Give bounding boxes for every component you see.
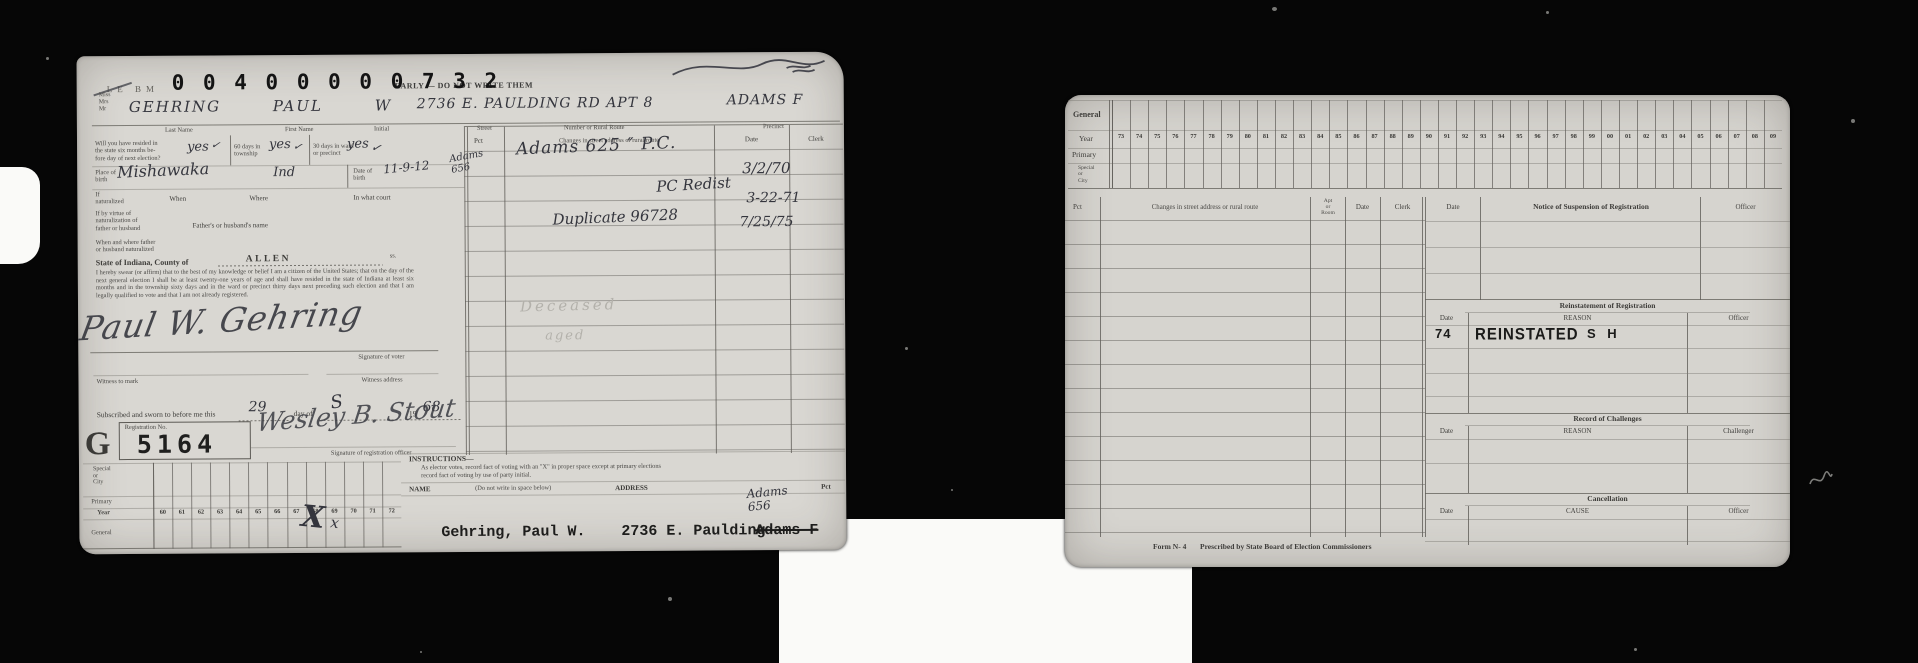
typed-street: 2736 E. Paulding [621, 522, 765, 540]
year-cell: 97 [1547, 132, 1565, 148]
reinstatement-section: Reinstatement of Registration Date REASO… [1425, 300, 1790, 413]
residency-answer-state: yes [187, 141, 209, 155]
voter-registration-card-back: General Year Primary Special or City 737… [1065, 95, 1790, 567]
challenges-reason-header: REASON [1468, 427, 1687, 435]
year-cell: 77 [1184, 132, 1202, 148]
initial-value: W [375, 98, 391, 114]
year-cell: 89 [1402, 132, 1420, 148]
year-cell: 91 [1438, 132, 1456, 148]
pct-column-label: Pct [821, 483, 831, 491]
year-cell: 75 [1148, 132, 1166, 148]
reinstatement-officer-header: Officer [1687, 314, 1790, 322]
instructions-title: INSTRUCTIONS— [409, 455, 474, 464]
name-column-label: NAME [409, 485, 430, 493]
voting-record-grid: Special or City Primary Year General 606… [83, 461, 402, 549]
registration-officer-signature: Wesley B. Stout [255, 395, 457, 437]
voting-record-grid-back: General Year Primary Special or City 737… [1068, 100, 1782, 188]
year-cell: 87 [1366, 132, 1384, 148]
year-cell: 74 [1130, 132, 1148, 148]
year-cell: 85 [1329, 132, 1347, 148]
year-cell: 04 [1673, 132, 1691, 148]
reinstatement-reason-header: REASON [1468, 314, 1687, 322]
year-cell: 99 [1583, 132, 1601, 148]
naturalized-court-label: In what court [353, 193, 390, 201]
grid-cell [172, 463, 192, 549]
typed-precinct-struck: Adams F [755, 522, 818, 539]
dust-squiggle [1808, 468, 1834, 490]
do-not-write-note: (Do not write in space below) [475, 484, 551, 492]
cancellation-cause-header: CAUSE [1468, 507, 1687, 515]
changes-pct-header: Pct [474, 137, 483, 145]
aged-faint-note: aged [545, 329, 585, 343]
ink-scribble-mark [666, 54, 831, 83]
county-value: ALLEN [246, 254, 291, 265]
grid-cell [344, 462, 364, 548]
grid-cell [210, 462, 230, 548]
title-prefix-labels: Miss Mrs Mr [99, 92, 111, 113]
naturalized-where-label: Where [249, 194, 268, 202]
grid-row-special-label: Special or City [1078, 165, 1094, 184]
changes-clerk-header: Clerk [789, 135, 843, 143]
residency-question-state: Will you have resided in the state six m… [95, 140, 160, 163]
street-value: 2736 E. PAULDING RD APT 8 [417, 96, 654, 112]
if-naturalized-label: If naturalized [95, 191, 123, 206]
year-cell: 96 [1528, 132, 1546, 148]
date-of-birth-label: Date of birth [353, 168, 372, 183]
year-cell: 03 [1655, 132, 1673, 148]
when-where-naturalized-label: When and where father or husband natural… [96, 239, 156, 254]
ss-label: ss. [390, 252, 397, 259]
change-date-1: 3/2/70 [742, 161, 790, 177]
grid-cell [382, 461, 402, 547]
year-cell: 79 [1221, 132, 1239, 148]
typed-name: Gehring, Paul W. [441, 523, 585, 541]
year-cell: 71 [363, 506, 382, 517]
place-of-birth-label: Place of birth [95, 169, 116, 184]
year-cell: 84 [1311, 132, 1329, 148]
change-entry-2: PC Redist [656, 175, 731, 195]
reinstatement-title: Reinstatement of Registration [1465, 302, 1750, 311]
first-name-value: PAUL [273, 99, 323, 115]
year-cell: 86 [1347, 132, 1365, 148]
year-cell: 62 [191, 508, 210, 519]
film-edge-blob [0, 167, 40, 264]
reinstated-stamp-date: 74 [1435, 327, 1451, 342]
year-cell: 07 [1728, 132, 1746, 148]
reinstated-stamp: REINSTATED [1475, 325, 1579, 344]
residency-question-township: 60 days in township [234, 143, 260, 158]
grid-row-year-label: Year [1079, 135, 1093, 144]
year-cell: 72 [382, 506, 401, 517]
year-cell: 82 [1275, 132, 1293, 148]
grid-row-general-label: General [1073, 110, 1101, 119]
grid-cell [325, 462, 345, 548]
check-icon: ✓ [370, 141, 383, 156]
grid-row-primary-label: Primary [1072, 151, 1096, 160]
form-number-label: Form N- 4 [1153, 543, 1186, 552]
change-entry-3: Duplicate 96728 [552, 207, 678, 228]
year-cell: 02 [1637, 132, 1655, 148]
address-changes-table: Pct Changes in street address or rural r… [464, 124, 845, 455]
grid-cell [248, 462, 268, 548]
last-name-value: GEHRING [129, 99, 221, 115]
challenges-title: Record of Challenges [1465, 415, 1750, 424]
address-column-label: ADDRESS [615, 484, 648, 492]
year-cell: 05 [1691, 132, 1709, 148]
back-changes-ruled-area [1065, 197, 1425, 537]
change-date-2: 3-22-71 [746, 191, 800, 206]
place-of-birth-value: Mishawaka [117, 161, 210, 182]
year-cell: 81 [1257, 132, 1275, 148]
birth-state-value: Ind [273, 166, 295, 180]
year-cell: 60 [153, 508, 172, 519]
date-of-birth-value: 11-9-12 [383, 159, 430, 176]
year-cell: 65 [249, 507, 268, 518]
cancellation-title: Cancellation [1465, 495, 1750, 504]
fathers-husbands-name-label: Father's or husband's name [192, 221, 267, 230]
year-cell: 83 [1293, 132, 1311, 148]
witness-address-label: Witness address [361, 376, 402, 384]
label-first-name: First Name [285, 126, 314, 134]
precinct-note-handwritten: Adams 656 [746, 484, 789, 514]
check-icon: ✓ [292, 140, 303, 153]
label-last-name: Last Name [165, 127, 193, 135]
year-cell: 00 [1601, 132, 1619, 148]
reinstated-stamp-initials: S H [1587, 327, 1621, 342]
card-series-letter: G [85, 426, 111, 464]
grid-cell [267, 462, 287, 548]
change-entry-1: Adams 625 ″ P.C. [516, 135, 677, 159]
challenges-section: Record of Challenges Date REASON Challen… [1425, 413, 1790, 493]
naturalized-when-label: When [169, 195, 186, 203]
grid-row-general-label: General [91, 529, 111, 537]
year-cell: 80 [1239, 132, 1257, 148]
grid-row-year-label: Year [97, 509, 110, 516]
year-cell: 78 [1203, 132, 1221, 148]
year-cell: 09 [1764, 132, 1782, 148]
grid-year-numbers: 7374757677787980818283848586878889909192… [1112, 132, 1782, 148]
suspension-rows-area [1425, 197, 1790, 300]
instructions-line2: record fact of voting by use of party in… [421, 470, 841, 480]
cancellation-date-header: Date [1425, 507, 1468, 515]
grid-year-numbers: 60616263646566676869707172 [153, 506, 401, 519]
challenges-date-header: Date [1425, 427, 1468, 435]
grid-row-special-label: Special or City [93, 466, 111, 486]
year-cell: 06 [1710, 132, 1728, 148]
grid-cell [191, 463, 211, 549]
grid-row-primary-label: Primary [91, 498, 112, 506]
vote-x-mark-68: X [300, 501, 326, 535]
signature-of-voter-label: Signature of voter [358, 353, 404, 361]
year-cell: 01 [1619, 132, 1637, 148]
year-cell: 63 [210, 507, 229, 518]
grid-cell [229, 462, 249, 548]
voter-registration-card-front: LE BM EARLY — DO NOT WRITE THEM 0 0 4 0 … [76, 52, 846, 555]
year-cell: 61 [172, 508, 191, 519]
serial-number-stamp: 0 0 4 0 0 0 0 0 7 3 2 [172, 69, 501, 95]
challenges-challenger-header: Challenger [1687, 427, 1790, 435]
deceased-faint-note: Deceased [520, 297, 618, 315]
changes-date-header: Date [714, 135, 789, 144]
changes-pct-entry: Adams 656 [448, 148, 486, 176]
state-county-label: State of Indiana, County of [96, 258, 189, 268]
registration-number-value: 5164 [137, 429, 217, 458]
residency-answer-township: yes [269, 138, 291, 152]
year-cell: 73 [1112, 132, 1130, 148]
witness-to-mark-label: Witness to mark [96, 378, 138, 386]
year-cell: 98 [1565, 132, 1583, 148]
year-cell: 88 [1384, 132, 1402, 148]
microfilm-scan-background: LE BM EARLY — DO NOT WRITE THEM 0 0 4 0 … [0, 0, 1918, 663]
by-virtue-label: If by virtue of naturalization of father… [95, 210, 140, 232]
reinstatement-date-header: Date [1425, 314, 1468, 322]
year-cell: 66 [268, 507, 287, 518]
check-icon: ✓ [210, 139, 221, 152]
year-cell: 70 [344, 507, 363, 518]
year-cell: 08 [1746, 132, 1764, 148]
year-cell: 76 [1166, 132, 1184, 148]
year-cell: 90 [1420, 132, 1438, 148]
year-cell: 92 [1456, 132, 1474, 148]
change-date-3: 7/25/75 [739, 215, 793, 230]
precinct-value: ADAMS F [727, 93, 804, 108]
grid-column-lines [153, 461, 402, 549]
year-cell: 94 [1492, 132, 1510, 148]
year-cell: 93 [1474, 132, 1492, 148]
subscribed-sworn-label: Subscribed and sworn to before me this [97, 411, 216, 420]
grid-cell [153, 463, 173, 549]
form-prescribed-label: Prescribed by State Board of Election Co… [1200, 543, 1372, 552]
grid-cell [363, 461, 383, 547]
cancellation-section: Cancellation Date CAUSE Officer [1425, 493, 1790, 545]
registration-officer-label: Signature of registration officer [331, 449, 412, 457]
label-initial: Initial [374, 125, 389, 132]
residency-answer-precinct: yes [347, 138, 369, 152]
year-cell: 95 [1510, 132, 1528, 148]
year-cell: 64 [230, 507, 249, 518]
cancellation-officer-header: Officer [1687, 507, 1790, 515]
